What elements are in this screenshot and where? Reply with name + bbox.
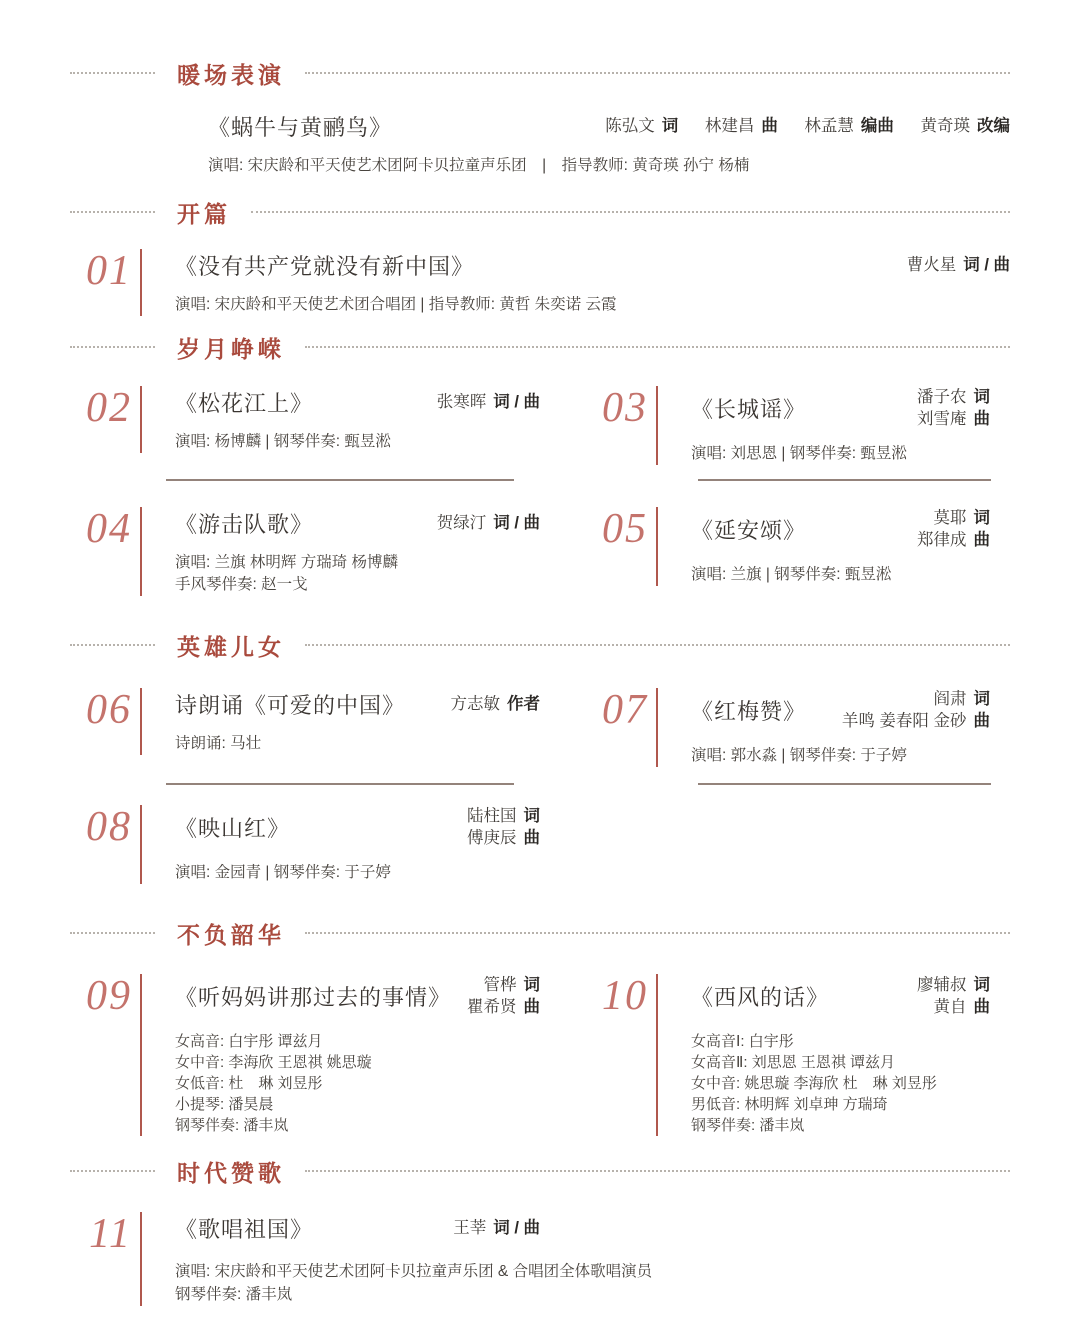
- song-credits: 莫耶词 郑律成曲: [917, 507, 990, 551]
- performers: 诗朗诵: 马壮: [175, 733, 540, 755]
- dotted-rule-right: [305, 644, 1010, 646]
- program-item-05: 05 《延安颂》 莫耶词 郑律成曲 演唱: 兰旗 | 钢琴伴奏: 甄昱淞: [592, 507, 990, 586]
- performer-line: 小提琴: 潘昊晨: [175, 1094, 540, 1115]
- song-title: 《长城谣》: [691, 393, 806, 424]
- item-number: 07: [602, 688, 648, 732]
- program-item-08: 08 《映山红》 陆柱国词 傅庚辰曲 演唱: 金园青 | 钢琴伴奏: 于子婷: [70, 805, 540, 884]
- dotted-rule-left: [70, 932, 155, 934]
- program-item-07: 07 《红梅赞》 阎肃词 羊鸣 姜春阳 金砂曲 演唱: 郭水淼 | 钢琴伴奏: …: [592, 688, 990, 767]
- performers: 演唱: 宋庆龄和平天使艺术团合唱团 | 指导教师: 黄哲 朱奕诺 云霞: [175, 294, 1010, 316]
- item-number: 08: [86, 805, 132, 849]
- item-number-cell: 04: [70, 507, 132, 596]
- program-item-03: 03 《长城谣》 潘子农词 刘雪庵曲 演唱: 刘思恩 | 钢琴伴奏: 甄昱淞: [592, 386, 990, 465]
- performer-line: 演唱: 杨博麟 | 钢琴伴奏: 甄昱淞: [175, 431, 540, 453]
- credit-line: 刘雪庵曲: [917, 408, 990, 430]
- credit-pair: 黄奇瑛改编: [921, 117, 1011, 135]
- section-header-years: 岁月峥嵘: [70, 332, 1010, 362]
- dotted-rule-left: [70, 644, 155, 646]
- item-divider: [698, 783, 991, 785]
- song-title: 《游击队歌》: [175, 508, 313, 539]
- item-divider: [166, 783, 514, 785]
- credit-line: 郑律成曲: [917, 529, 990, 551]
- song-title: 《映山红》: [175, 812, 290, 843]
- credit-line: 贺绿汀词 / 曲: [437, 512, 540, 534]
- dotted-rule-left: [70, 1170, 155, 1172]
- credit-line: 莫耶词: [917, 507, 990, 529]
- item-number: 05: [602, 507, 648, 551]
- song-credits: 陈弘文词 林建昌曲 林孟慧编曲 黄奇瑛改编: [605, 115, 1010, 137]
- item-number-cell: 02: [70, 386, 132, 453]
- section-header-heroes: 英雄儿女: [70, 630, 1010, 660]
- performer-line: 钢琴伴奏: 潘丰岚: [691, 1115, 990, 1136]
- dotted-rule-right: [251, 211, 1010, 213]
- item-number: 10: [602, 974, 648, 1018]
- program-item-warmup: 《蜗牛与黄鹂鸟》 陈弘文词 林建昌曲 林孟慧编曲 黄奇瑛改编 演唱: 宋庆龄和平…: [70, 110, 1010, 177]
- performers: 女高音: 白宇彤 谭兹月 女中音: 李海欣 王恩祺 姚思璇 女低音: 杜 琳 刘…: [175, 1031, 540, 1136]
- performers: 演唱: 郭水淼 | 钢琴伴奏: 于子婷: [691, 745, 990, 767]
- credit-line: 黄自曲: [917, 996, 990, 1018]
- program-item-06: 06 诗朗诵《可爱的中国》 方志敏作者 诗朗诵: 马壮: [70, 688, 540, 755]
- performer-line: 演唱: 宋庆龄和平天使艺术团阿卡贝拉童声乐团 & 合唱团全体歌唱演员: [175, 1260, 1010, 1283]
- song-credits: 管桦词 瞿希贤曲: [467, 974, 540, 1018]
- performers: 女高音Ⅰ: 白宇彤 女高音Ⅱ: 刘思恩 王恩祺 谭兹月 女中音: 姚思璇 李海欣…: [691, 1031, 990, 1136]
- performer-line: 男低音: 林明辉 刘卓珅 方瑞琦: [691, 1094, 990, 1115]
- concert-program-page: 暖场表演 《蜗牛与黄鹂鸟》 陈弘文词 林建昌曲 林孟慧编曲 黄奇瑛改编 演唱: …: [0, 0, 1080, 1325]
- song-title: 《歌唱祖国》: [175, 1213, 313, 1244]
- song-title: 诗朗诵《可爱的中国》: [175, 689, 405, 720]
- item-number: 06: [86, 688, 132, 732]
- item-number-cell: 11: [70, 1212, 132, 1306]
- item-number-cell: 08: [70, 805, 132, 884]
- credit-pair: 林建昌曲: [705, 117, 778, 135]
- performers: 演唱: 兰旗 林明辉 方瑞琦 杨博麟 手风琴伴奏: 赵一戈: [175, 552, 540, 596]
- section-header-youth: 不负韶华: [70, 918, 1010, 948]
- performers: 演唱: 杨博麟 | 钢琴伴奏: 甄昱淞: [175, 431, 540, 453]
- section-header-opening: 开篇: [70, 197, 1010, 227]
- item-number: 03: [602, 386, 648, 430]
- item-number-cell: 01: [70, 249, 132, 316]
- song-credits: 张寒晖词 / 曲: [437, 391, 540, 413]
- credit-line: 羊鸣 姜春阳 金砂曲: [842, 710, 990, 732]
- credit-line: 傅庚辰曲: [467, 827, 540, 849]
- program-item-02: 02 《松花江上》 张寒晖词 / 曲 演唱: 杨博麟 | 钢琴伴奏: 甄昱淞: [70, 386, 540, 453]
- dotted-rule-left: [70, 72, 155, 74]
- item-number: 11: [89, 1212, 132, 1256]
- song-credits: 曹火星词 / 曲: [907, 254, 1010, 276]
- credit-pair: 陈弘文词: [605, 117, 678, 135]
- program-row-08: 08 《映山红》 陆柱国词 傅庚辰曲 演唱: 金园青 | 钢琴伴奏: 于子婷: [70, 805, 1010, 884]
- section-title: 岁月峥嵘: [177, 331, 285, 364]
- program-row-02-03: 02 《松花江上》 张寒晖词 / 曲 演唱: 杨博麟 | 钢琴伴奏: 甄昱淞: [70, 386, 1010, 465]
- item-number-cell: 05: [592, 507, 648, 586]
- dotted-rule-right: [305, 932, 1010, 934]
- section-title: 时代赞歌: [177, 1155, 285, 1188]
- item-number-cell: 10: [592, 974, 648, 1136]
- dotted-rule-left: [70, 346, 155, 348]
- song-title: 《听妈妈讲那过去的事情》: [175, 981, 451, 1012]
- song-title: 《没有共产党就没有新中国》: [175, 250, 474, 281]
- song-title: 《红梅赞》: [691, 695, 806, 726]
- program-row-09-10: 09 《听妈妈讲那过去的事情》 管桦词 瞿希贤曲 女高音: 白宇彤 谭兹月 女中…: [70, 974, 1010, 1136]
- dotted-rule-left: [70, 211, 155, 213]
- performer-line: 演唱: 刘思恩 | 钢琴伴奏: 甄昱淞: [691, 443, 990, 465]
- performer-line: 女中音: 李海欣 王恩祺 姚思璇: [175, 1052, 540, 1073]
- performers: 演唱: 兰旗 | 钢琴伴奏: 甄昱淞: [691, 564, 990, 586]
- performer-line: 演唱: 兰旗 | 钢琴伴奏: 甄昱淞: [691, 564, 990, 586]
- performers: 演唱: 刘思恩 | 钢琴伴奏: 甄昱淞: [691, 443, 990, 465]
- performer-line: 演唱: 宋庆龄和平天使艺术团合唱团 | 指导教师: 黄哲 朱奕诺 云霞: [175, 294, 1010, 316]
- item-divider: [698, 479, 991, 481]
- performer-line: 女高音Ⅱ: 刘思恩 王恩祺 谭兹月: [691, 1052, 990, 1073]
- program-item-10: 10 《西风的话》 廖辅叔词 黄自曲 女高音Ⅰ: 白宇彤 女高音Ⅱ: 刘思恩 王…: [592, 974, 990, 1136]
- song-title: 《蜗牛与黄鹂鸟》: [208, 111, 392, 142]
- performers: 演唱: 宋庆龄和平天使艺术团阿卡贝拉童声乐团 | 指导教师: 黄奇瑛 孙宁 杨楠: [208, 155, 1010, 177]
- song-title: 《西风的话》: [691, 981, 829, 1012]
- performer-line: 演唱: 郭水淼 | 钢琴伴奏: 于子婷: [691, 745, 990, 767]
- section-header-anthem: 时代赞歌: [70, 1156, 1010, 1186]
- performer-line: 演唱: 兰旗 林明辉 方瑞琦 杨博麟: [175, 552, 540, 574]
- credit-line: 管桦词: [467, 974, 540, 996]
- song-title: 《松花江上》: [175, 387, 313, 418]
- item-number: 04: [86, 507, 132, 551]
- item-number: 02: [86, 386, 132, 430]
- credit-line: 陆柱国词: [467, 805, 540, 827]
- item-number: 09: [86, 974, 132, 1018]
- credit-line: 曹火星词 / 曲: [907, 254, 1010, 276]
- performer-line: 钢琴伴奏: 潘丰岚: [175, 1283, 1010, 1306]
- performer-line: 女中音: 姚思璇 李海欣 杜 琳 刘昱彤: [691, 1073, 990, 1094]
- item-divider-row: [70, 783, 1010, 785]
- program-item-11: 11 《歌唱祖国》 王莘词 / 曲 演唱: 宋庆龄和平天使艺术团阿卡贝拉童声乐团…: [70, 1212, 1010, 1306]
- item-number: 01: [86, 249, 132, 293]
- item-divider-row: [70, 479, 1010, 481]
- dotted-rule-right: [305, 346, 1010, 348]
- item-number-cell: 09: [70, 974, 132, 1136]
- performers: 演唱: 金园青 | 钢琴伴奏: 于子婷: [175, 862, 540, 884]
- section-title: 暖场表演: [177, 57, 285, 90]
- item-divider: [166, 479, 514, 481]
- dotted-rule-right: [305, 1170, 1010, 1172]
- program-item-01: 01 《没有共产党就没有新中国》 曹火星词 / 曲 演唱: 宋庆龄和平天使艺术团…: [70, 249, 1010, 316]
- credit-line: 廖辅叔词: [917, 974, 990, 996]
- song-credits: 廖辅叔词 黄自曲: [917, 974, 990, 1018]
- song-credits: 方志敏作者: [451, 693, 541, 715]
- program-row-06-07: 06 诗朗诵《可爱的中国》 方志敏作者 诗朗诵: 马壮 07: [70, 688, 1010, 767]
- song-credits: 潘子农词 刘雪庵曲: [917, 386, 990, 430]
- song-credits: 贺绿汀词 / 曲: [437, 512, 540, 534]
- credit-line: 方志敏作者: [451, 693, 541, 715]
- section-title: 英雄儿女: [177, 629, 285, 662]
- section-header-warmup: 暖场表演: [70, 58, 1010, 88]
- item-number-cell: 06: [70, 688, 132, 755]
- performer-line: 手风琴伴奏: 赵一戈: [175, 574, 540, 596]
- program-row-04-05: 04 《游击队歌》 贺绿汀词 / 曲 演唱: 兰旗 林明辉 方瑞琦 杨博麟 手风…: [70, 507, 1010, 596]
- performer-line: 演唱: 金园青 | 钢琴伴奏: 于子婷: [175, 862, 540, 884]
- section-title: 不负韶华: [177, 917, 285, 950]
- performer-line: 女低音: 杜 琳 刘昱彤: [175, 1073, 540, 1094]
- program-item-04: 04 《游击队歌》 贺绿汀词 / 曲 演唱: 兰旗 林明辉 方瑞琦 杨博麟 手风…: [70, 507, 540, 596]
- performer-line: 女高音Ⅰ: 白宇彤: [691, 1031, 990, 1052]
- song-title: 《延安颂》: [691, 514, 806, 545]
- song-credits: 陆柱国词 傅庚辰曲: [467, 805, 540, 849]
- credit-line: 潘子农词: [917, 386, 990, 408]
- performer-line: 演唱: 宋庆龄和平天使艺术团阿卡贝拉童声乐团 | 指导教师: 黄奇瑛 孙宁 杨楠: [208, 155, 1010, 177]
- program-item-09: 09 《听妈妈讲那过去的事情》 管桦词 瞿希贤曲 女高音: 白宇彤 谭兹月 女中…: [70, 974, 540, 1136]
- dotted-rule-right: [305, 72, 1010, 74]
- credit-line: 王莘词 / 曲: [453, 1217, 540, 1239]
- credit-line: 张寒晖词 / 曲: [437, 391, 540, 413]
- song-credits: 阎肃词 羊鸣 姜春阳 金砂曲: [842, 688, 990, 732]
- performers: 演唱: 宋庆龄和平天使艺术团阿卡贝拉童声乐团 & 合唱团全体歌唱演员 钢琴伴奏:…: [175, 1260, 1010, 1306]
- item-number-cell: 07: [592, 688, 648, 767]
- performer-line: 诗朗诵: 马壮: [175, 733, 540, 755]
- credit-line: 瞿希贤曲: [467, 996, 540, 1018]
- section-title: 开篇: [177, 196, 231, 229]
- item-number-cell: 03: [592, 386, 648, 465]
- credit-pair: 林孟慧编曲: [804, 117, 894, 135]
- performer-line: 钢琴伴奏: 潘丰岚: [175, 1115, 540, 1136]
- performer-line: 女高音: 白宇彤 谭兹月: [175, 1031, 540, 1052]
- credit-line: 阎肃词: [842, 688, 990, 710]
- song-credits: 王莘词 / 曲: [453, 1217, 540, 1239]
